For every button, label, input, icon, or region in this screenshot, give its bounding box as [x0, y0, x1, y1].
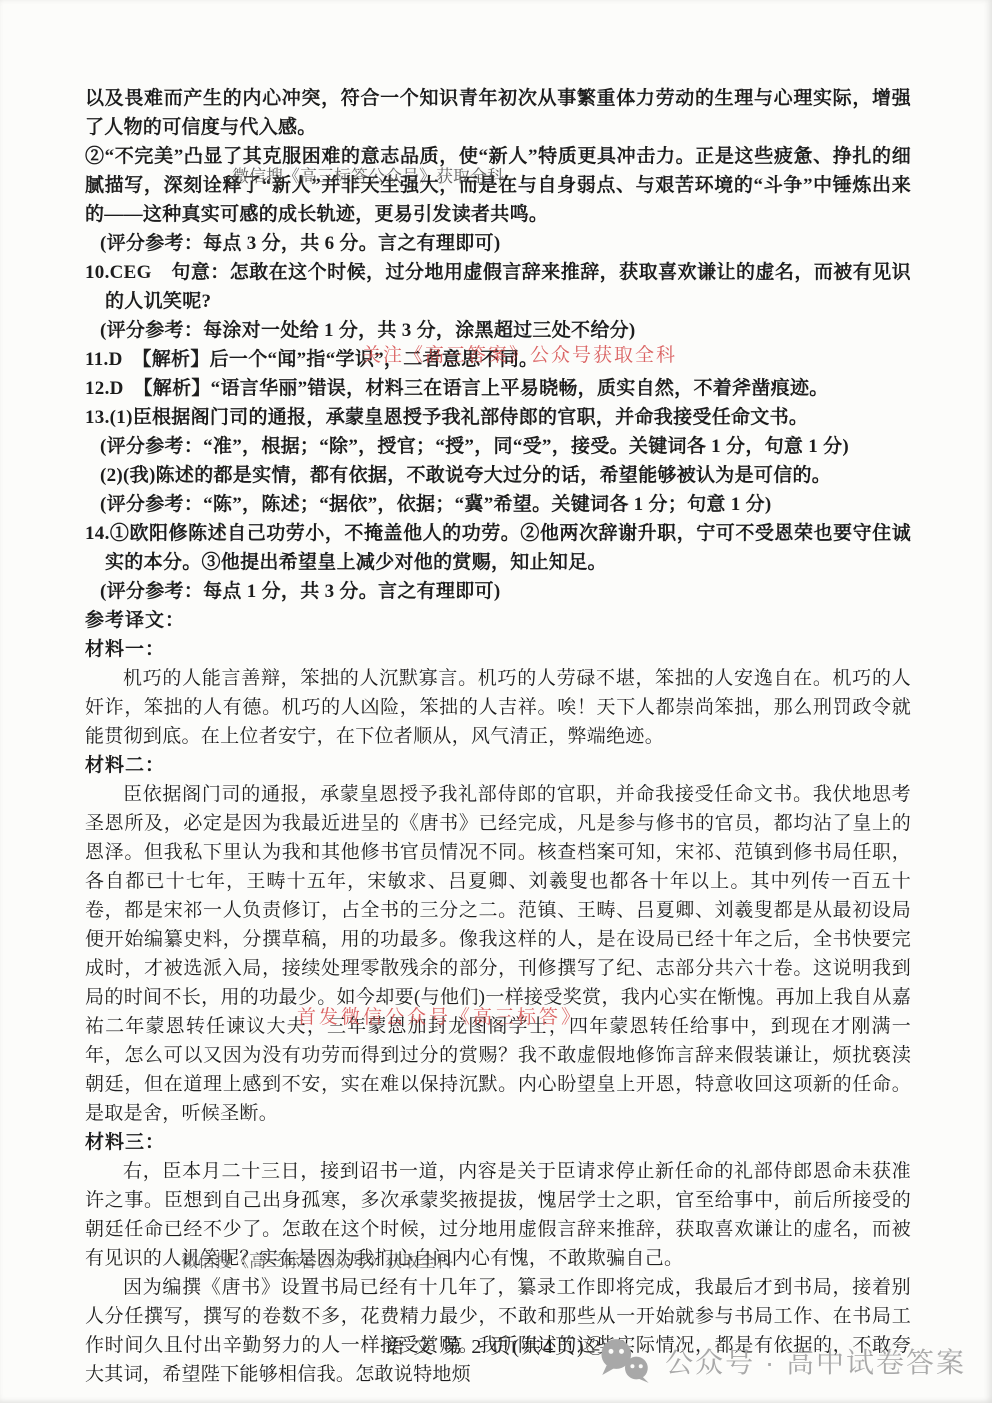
section-heading: 材料三： [85, 1128, 911, 1157]
text-paragraph: 14.①欧阳修陈述自己功劳小，不掩盖他人的功劳。②他两次辞谢升职，宁可不受恩荣也… [85, 519, 911, 577]
text-paragraph: (2)(我)陈述的都是实情，都有依据，不敢说夸大过分的话，希望能够被认为是可信的… [85, 461, 911, 490]
section-heading: 参考译文： [85, 606, 911, 635]
text-paragraph: 11.D 【解析】后一个“闻”指“学识”，二者意思不同。 [85, 345, 911, 374]
text-paragraph: (评分参考：每涂对一处给 1 分，共 3 分，涂黑超过三处不给分) [85, 316, 911, 345]
text-paragraph: 臣依据阁门司的通报，承蒙皇恩授予我礼部侍郎的官职，并命我接受任命文书。我伏地思考… [85, 780, 911, 1128]
text-paragraph: 右，臣本月二十三日，接到诏书一道，内容是关于臣请求停止新任命的礼部侍郎恩命未获准… [85, 1157, 911, 1273]
exam-answer-page: 以及畏难而产生的内心冲突，符合一个知识青年初次从事繁重体力劳动的生理与心理实际，… [0, 0, 992, 1403]
text-paragraph: (评分参考：每点 3 分，共 6 分。言之有理即可) [85, 229, 911, 258]
text-paragraph: 机巧的人能言善辩，笨拙的人沉默寡言。机巧的人劳碌不堪，笨拙的人安逸自在。机巧的人… [85, 664, 911, 751]
text-paragraph: (评分参考：“陈”，陈述；“据依”，依据；“冀”希望。关键词各 1 分；句意 1… [85, 490, 911, 519]
page-content: 以及畏难而产生的内心冲突，符合一个知识青年初次从事繁重体力劳动的生理与心理实际，… [85, 84, 911, 1389]
text-paragraph: (评分参考：每点 1 分，共 3 分。言之有理即可) [85, 577, 911, 606]
section-heading: 材料二： [85, 751, 911, 780]
text-paragraph: 12.D 【解析】“语言华丽”错误，材料三在语言上平易晓畅，质实自然，不着斧凿痕… [85, 374, 911, 403]
wechat-badge: 公众号 · 高中试卷答案 [597, 1338, 966, 1384]
text-paragraph: (评分参考：“准”，根据；“除”，授官；“授”，同“受”，接受。关键词各 1 分… [85, 432, 911, 461]
wechat-icon [597, 1338, 653, 1384]
section-heading: 材料一： [85, 635, 911, 664]
text-paragraph: 13.(1)臣根据阁门司的通报，承蒙皇恩授予我礼部侍郎的官职，并命我接受任命文书… [85, 403, 911, 432]
text-paragraph: ②“不完美”凸显了其克服困难的意志品质，使“新人”特质更具冲击力。正是这些疲惫、… [85, 142, 911, 229]
text-paragraph: 10.CEG 句意：怎敢在这个时候，过分地用虚假言辞来推辞，获取喜欢谦让的虚名，… [85, 258, 911, 316]
wechat-badge-label: 公众号 · 高中试卷答案 [665, 1341, 966, 1381]
text-paragraph: 以及畏难而产生的内心冲突，符合一个知识青年初次从事繁重体力劳动的生理与心理实际，… [85, 84, 911, 142]
